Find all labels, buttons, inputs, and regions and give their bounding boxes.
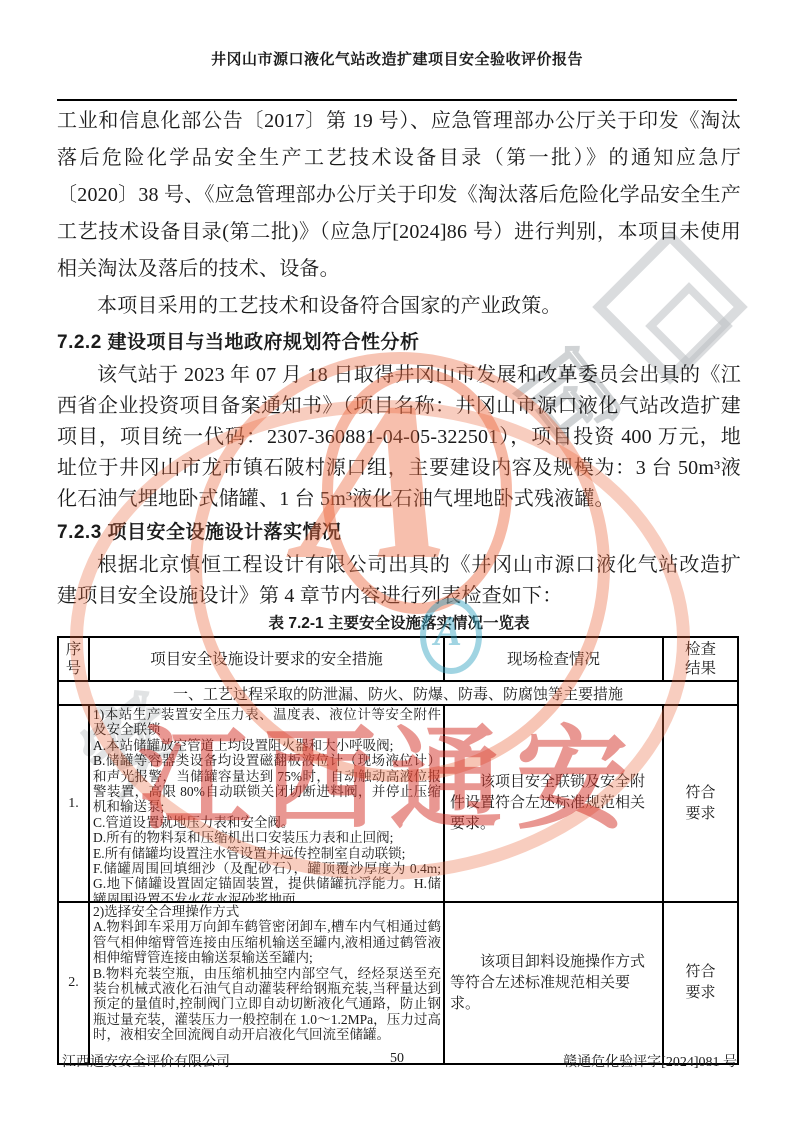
row-number: 2. bbox=[58, 902, 89, 1064]
heading-7-2-3: 7.2.3 项目安全设施设计落实情况 bbox=[57, 518, 741, 548]
section-row-label: 一、工艺过程采取的防泄漏、防火、防爆、防毒、防腐蚀等主要措施 bbox=[58, 681, 738, 705]
row-site-check: 该项目卸料设施操作方式等符合左述标准规范相关要求。 bbox=[444, 902, 663, 1064]
paragraph-policy-catalog: 工业和信息化部公告〔2017〕第 19 号）、应急管理部办公厅关于印发《淘汰落后… bbox=[57, 103, 741, 288]
column-header-result: 检查 结果 bbox=[663, 637, 738, 681]
table-row: 2. 2)选择安全合理操作方式 A.物料卸车采用万向卸车鹤管密闭卸车,槽车内气相… bbox=[58, 902, 738, 1064]
paragraph-project-filing: 该气站于 2023 年 07 月 18 日取得井冈山市发展和改革委员会出具的《江… bbox=[57, 360, 741, 515]
column-header-no: 序 号 bbox=[58, 637, 89, 681]
report-title: 井冈山市源口液化气站改造扩建项目安全验收评价报告 bbox=[57, 48, 737, 69]
row-result: 符合 要求 bbox=[663, 902, 738, 1064]
column-header-measure: 项目安全设施设计要求的安全措施 bbox=[89, 637, 444, 681]
row-result: 符合 要求 bbox=[663, 705, 738, 902]
heading-7-2-2: 7.2.2 建设项目与当地政府规划符合性分析 bbox=[57, 328, 741, 358]
report-page: 司 安 井冈山市源口液化气站改造扩建项目安全验收评价报告 工业和信息化部公告〔2… bbox=[0, 0, 794, 1123]
paragraph-policy-conclusion: 本项目采用的工艺技术和设备符合国家的产业政策。 bbox=[57, 288, 741, 325]
table-section-row: 一、工艺过程采取的防泄漏、防火、防爆、防毒、防腐蚀等主要措施 bbox=[58, 681, 738, 705]
column-header-site-check: 现场检查情况 bbox=[444, 637, 663, 681]
row-measure: 1)本站生产装置安全压力表、温度表、液位计等安全附件及安全联锁 A.本站储罐放空… bbox=[89, 705, 444, 902]
page-header: 井冈山市源口液化气站改造扩建项目安全验收评价报告 bbox=[57, 48, 737, 69]
page-body: 工业和信息化部公告〔2017〕第 19 号）、应急管理部办公厅关于印发《淘汰落后… bbox=[57, 103, 741, 1065]
paragraph-design-check-intro: 根据北京慎恒工程设计有限公司出具的《井冈山市源口液化气站改造扩建项目安全设施设计… bbox=[57, 550, 741, 612]
row-number: 1. bbox=[58, 705, 89, 902]
safety-facility-table: 序 号 项目安全设施设计要求的安全措施 现场检查情况 检查 结果 一、工艺过程采… bbox=[57, 636, 739, 1065]
table-caption: 表 7.2-1 主要安全设施落实情况一览表 bbox=[57, 614, 741, 633]
header-rule bbox=[57, 99, 737, 101]
table-row: 1. 1)本站生产装置安全压力表、温度表、液位计等安全附件及安全联锁 A.本站储… bbox=[58, 705, 738, 902]
footer-doc-number: 赣通危化验评字[2024]081 号 bbox=[563, 1051, 737, 1071]
row-site-check: 该项目安全联锁及安全附件设置符合左述标准规范相关要求。 bbox=[444, 705, 663, 902]
row-measure: 2)选择安全合理操作方式 A.物料卸车采用万向卸车鹤管密闭卸车,槽车内气相通过鹤… bbox=[89, 902, 444, 1064]
table-header-row: 序 号 项目安全设施设计要求的安全措施 现场检查情况 检查 结果 bbox=[58, 637, 738, 681]
